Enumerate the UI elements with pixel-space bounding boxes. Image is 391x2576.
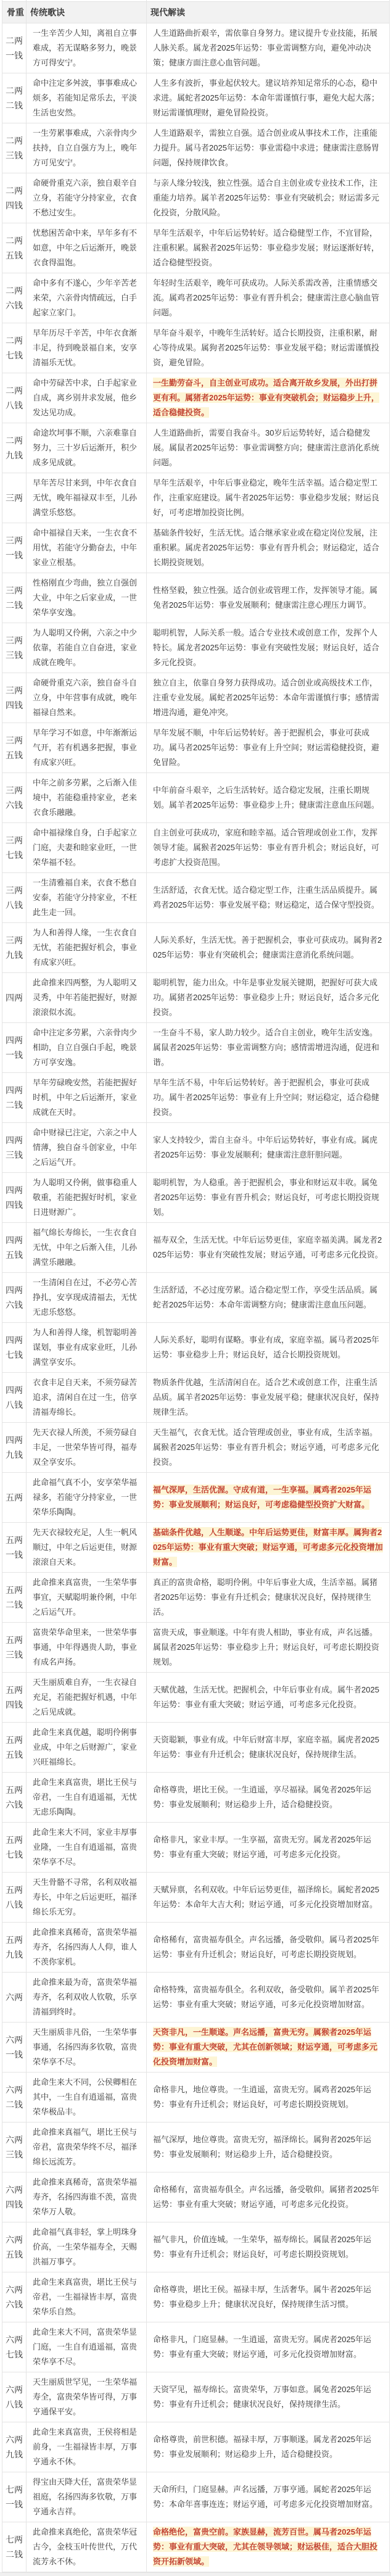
verse-cell: 先天衣禄较充足，人生一帆风顺过，中年之后运更佳，财源滚滚自天来。 [27, 1523, 147, 1573]
table-row: 七两二钱 此命推来真绝伦，富贵荣华冠古今，金枝玉叶传世代，万代流芳永不休。 命格… [2, 2522, 390, 2572]
modern-text: 命格特殊，富贵福寿俱全。名利双收，备受敬仰。属羊者2025年运势：事业有重大突破… [153, 1985, 379, 2009]
table-row: 四两九钱 先天衣禄人所羡，不须劳碌自丰足，一世荣华皆可得，福寿双全享安乐。 天生… [2, 1423, 390, 1473]
table-row: 六两五钱 此命福气真非轻，掌上明珠身价高，一生荣华福寿全，天赐洪福万事亨。 福气… [2, 2222, 390, 2272]
verse-cell: 此命推来真稀奇，富贵荣华福寿齐，名扬四海人人仰，谁人不羡你家机。 [27, 1923, 147, 1973]
modern-cell: 福气深厚，地位尊贵。富贵无穷，福泽绵长。属狗者2025年运势：事业发展顺利；财运… [147, 2123, 390, 2172]
verse-cell: 命中多有不遂心，少年辛苦老来荣，六亲骨肉情疏远，白手起家立家门。 [27, 273, 147, 323]
bone-weight-cell: 五两二钱 [2, 1573, 27, 1623]
modern-text: 命格稀有，富贵福寿俱全。声名远播，备受敬仰。属马者2025年运势：事业有升迁机会… [153, 1935, 379, 1959]
bone-weight-cell: 二两六钱 [2, 273, 27, 323]
bone-weight-cell: 六两九钱 [2, 2422, 27, 2472]
table-row: 二两七钱 早年历尽千辛苦，中年衣食渐丰足，待到晚景福自来，安享清福乐无忧。 早年… [2, 323, 390, 373]
modern-cell: 命格稀有，富贵福寿俱全。声名远播，备受敬仰。属马者2025年运势：事业有升迁机会… [147, 1923, 390, 1973]
modern-cell: 聪明机智，为人稳重。善于把握机会，事业和财运双丰收。属兔者2025年运势：事业有… [147, 1173, 390, 1223]
modern-text: 天资聪颖，事业有成。中年后财富丰厚，家庭幸福。属虎者2025年运势：事业有升迁机… [153, 1735, 379, 1759]
modern-cell: 年轻时生活艰辛，晚年可获成功。人际关系需改善，注重情感交流。属鸡者2025年运势… [147, 273, 390, 323]
bone-weight-cell: 三两五钱 [2, 723, 27, 773]
table-row: 二两二钱 命中注定多舛波，事事难成心烦多，若能知足常乐去，平淡生活也安然。 人生… [2, 73, 390, 123]
bone-weight-cell: 二两五钱 [2, 223, 27, 273]
modern-text: 福气深厚，生活优渥。守成有道，一生享福。属鸡者2025年运势：事业发展顺利；财运… [153, 1485, 371, 1510]
table-row: 三两 早年苦尽甘来到，中年衣食自无忧，晚年福禄双丰至，儿孙满堂乐悠悠。 早年生活… [2, 473, 390, 523]
verse-cell: 得宝由天降大任，富贵荣华显祖庭，名扬四海多钦敬，万事亨通永吉祥。 [27, 2472, 147, 2522]
bone-weight-cell: 五两九钱 [2, 1923, 27, 1973]
modern-cell: 真正的富贵命格，聪明伶俐。中年后事业大成，生活幸福。属猪者2025年运势：事业有… [147, 1573, 390, 1623]
modern-text: 聪明机智，人际关系一般。适合专业技术或创意工作，发挥个人特长。属龙者2025年运… [153, 628, 379, 667]
modern-text: 物质条件优越，生活清闲自在。适合艺术或创意工作，注重生活品质。属羊者2025年运… [153, 1378, 379, 1417]
modern-cell: 人生多有波折，事业起伏较大。建议培养知足常乐的心态，稳中求进。属蛇者2025年运… [147, 73, 390, 123]
verse-cell: 一生清闲自在过，不必劳心苦挣扎，安享现成清福去，无忧无虑乐悠悠。 [27, 1273, 147, 1323]
modern-cell: 命格非凡，家业丰厚。一生享福，富贵无穷。属龙者2025年运势：事业有重大突破；财… [147, 1823, 390, 1873]
modern-cell: 天资非凡，一生顺遂。声名远播，富贵无穷。属猴者2025年运势：事业有重大突破，尤… [147, 2023, 390, 2073]
verse-cell: 先天衣禄人所羡，不须劳碌自丰足，一世荣华皆可得，福寿双全享安乐。 [27, 1423, 147, 1473]
bone-weight-cell: 四两四钱 [2, 1173, 27, 1223]
bone-weight-cell: 五两五钱 [2, 1723, 27, 1773]
bone-weight-cell: 三两三钱 [2, 623, 27, 673]
verse-cell: 早年学习不如意，中年渐渐运气开，若有机遇多把握，事业有成家兴旺。 [27, 723, 147, 773]
table-row: 四两七钱 为人和善得人缘，机智聪明善谋划，事业有成家业旺，儿孙满堂享安乐。 人际… [2, 1323, 390, 1373]
modern-text: 年轻时生活艰辛，晚年可获成功。人际关系需改善，注重情感交流。属鸡者2025年运势… [153, 278, 379, 317]
bone-weight-cell: 二两四钱 [2, 173, 27, 223]
bone-weight-cell: 五两四钱 [2, 1673, 27, 1723]
bone-weight-cell: 二两一钱 [2, 23, 27, 73]
verse-cell: 天生丽质世罕见，一生荣华福寿全，富贵荣华皆可得，万事亨通保平安。 [27, 2372, 147, 2422]
table-row: 五两七钱 此命生来大不同，家业丰厚事业隆，一生自有逍遥福，富贵荣华享不尽。 命格… [2, 1823, 390, 1873]
modern-text: 天赋异禀，名利双收。中年后运势更佳，福泽绵长。属蛇者2025年运势：本命年大吉大… [153, 1885, 379, 1909]
modern-cell: 人生道路曲折艰辛，需依靠自身努力。建议提升专业技能，拓展人脉关系。属龙者2025… [147, 23, 390, 73]
column-header-verse: 传统歌诀 [27, 2, 147, 23]
table-row: 五两六钱 此命生来真富贵，堪比王侯与帝君，一生自有逍遥福，无忧无虑乐陶陶。 命格… [2, 1773, 390, 1823]
table-row: 三两八钱 一生清雅福自来，衣食不愁自安泰，若能守分持家业，不枉此生走一回。 生活… [2, 873, 390, 923]
modern-cell: 富贵天成，事业顺遂。中年有贵人相助，事业有成，声名远播。属鼠者2025年运势：事… [147, 1623, 390, 1673]
bone-weight-cell: 六两四钱 [2, 2172, 27, 2222]
verse-cell: 命硬骨重克六亲，独自艰辛自立身，若能守分持家业，衣食不愁过安生。 [27, 173, 147, 223]
bone-weight-cell: 四两二钱 [2, 1073, 27, 1123]
modern-cell: 基础条件优越，人生顺遂。中年后运势更佳，财富丰厚。属狗者2025年运势：事业有重… [147, 1523, 390, 1573]
modern-text: 与亲人缘分较浅，独立性强。适合自主创业或专业技术工作，注重能力培养。属羊者202… [153, 178, 379, 217]
verse-cell: 富贵荣华命里来，一世荣华事事通，中年得遇贵人助，事业有成名声扬。 [27, 1623, 147, 1673]
modern-cell: 生活舒适，衣食无忧。适合稳定型工作，注重生活品质提升。属鸡者2025年运势：事业… [147, 873, 390, 923]
bone-weight-page: 骨重 传统歌诀 现代解读 二两一钱 一生辛苦少人知，离祖自立事难成，若无谋略多努… [0, 0, 391, 2572]
bone-weight-cell: 三两二钱 [2, 573, 27, 623]
modern-text: 命格尊贵，堪比王侯。一生逍遥，享尽福禄。属兔者2025年运势：事业发展顺利；财运… [153, 1785, 371, 1809]
table-row: 七两一钱 得宝由天降大任，富贵荣华显祖庭，名扬四海多钦敬，万事亨通永吉祥。 天命… [2, 2472, 390, 2522]
modern-text: 一生奋斗不易，家人助力较少。适合自主创业，晚年生活安逸。属鼠者2025年运势：事… [153, 1028, 379, 1067]
bone-weight-cell: 二两二钱 [2, 73, 27, 123]
modern-text: 人生道路艰辛，需独立自强。适合创业或从事技术工作，注重能力提升。属马者2025年… [153, 128, 379, 167]
bone-weight-cell: 七两二钱 [2, 2522, 27, 2572]
verse-cell: 早年劳碌晚安然，若能把握好时机，中年之后运渐开，家业成就在天时。 [27, 1073, 147, 1123]
modern-cell: 一生奋斗不易，家人助力较少。适合自主创业，晚年生活安逸。属鼠者2025年运势：事… [147, 1023, 390, 1073]
verse-cell: 命中劳碌苦中求，白手起家业自成，离乡别井求发展，他乡发达见功成。 [27, 373, 147, 423]
table-row: 四两三钱 命中财禄已注定，六亲之中人情薄，独自奋斗创家业，中年之后运气开。 家人… [2, 1123, 390, 1173]
bone-weight-cell: 三两九钱 [2, 923, 27, 973]
verse-cell: 此命推来真稀奇，富贵荣华福寿齐，名扬四海谁不羡，富贵荣华万人敬。 [27, 2172, 147, 2222]
table-row: 四两八钱 衣食丰足自天来，不须劳碌苦追求，清闲自在过一生，倍享清福寿绵长。 物质… [2, 1373, 390, 1423]
bone-weight-table: 骨重 传统歌诀 现代解读 二两一钱 一生辛苦少人知，离祖自立事难成，若无谋略多努… [2, 0, 390, 2572]
verse-cell: 此命生来大不同，富贵荣华显门庭，一生自有逍遥福，富贵荣华享不尽。 [27, 2322, 147, 2372]
modern-cell: 人际关系好，聪明有谋略。事业有成，家庭幸福。属马者2025年运势：事业稳步上升；… [147, 1323, 390, 1373]
bone-weight-cell: 三两四钱 [2, 673, 27, 723]
modern-text: 早年发展不顺，中年后运势转好。善于把握机会，事业可获成功。属马者2025年运势：… [153, 728, 379, 767]
verse-cell: 命中注定多舛波，事事难成心烦多，若能知足常乐去，平淡生活也安然。 [27, 73, 147, 123]
modern-cell: 天命所归，门庭显赫。声名远播，万事亨通。属蛇者2025年运势：本命年喜事连连；财… [147, 2472, 390, 2522]
modern-cell: 命格非凡，地位尊贵。一生逍遥，富贵无穷。属鸡者2025年运势：事业有升迁机会；财… [147, 2073, 390, 2123]
verse-cell: 命中福禄缘自身，白手起家立门庭，夫妻和睦家业旺，一世荣华福不轻。 [27, 823, 147, 873]
verse-cell: 一生劳累事难成，六亲骨肉少扶持，自立自强方为上，晚年方可见安宁。 [27, 123, 147, 173]
modern-cell: 家人支持较少，需自主奋斗。中年后运势转好，事业有成。属虎者2025年运势：事业发… [147, 1123, 390, 1173]
modern-cell: 聪明机智，人际关系一般。适合专业技术或创意工作，发挥个人特长。属龙者2025年运… [147, 623, 390, 673]
modern-cell: 早年生活不易，中年后运势转好。善于把握机会，事业可获成功。属牛者2025年运势：… [147, 1073, 390, 1123]
modern-cell: 基础条件较好，生活无忧。适合继承家业或在稳定岗位发展，注重积累。属虎者2025年… [147, 523, 390, 573]
bone-weight-cell: 六两八钱 [2, 2372, 27, 2422]
bone-weight-cell: 三两 [2, 473, 27, 523]
bone-weight-cell: 四两一钱 [2, 1023, 27, 1073]
bone-weight-cell: 二两九钱 [2, 423, 27, 473]
table-header: 骨重 传统歌诀 现代解读 [2, 0, 390, 23]
bone-weight-cell: 四两六钱 [2, 1273, 27, 1323]
table-row: 二两九钱 命途坎坷事不顺，六亲难靠自努力，三十岁后运渐开，积少成多见成就。 人生… [2, 423, 390, 473]
modern-text: 真正的富贵命格，聪明伶俐。中年后事业大成，生活幸福。属猪者2025年运势：事业有… [153, 1578, 377, 1617]
table-row: 三两四钱 命硬骨重克六亲，独自奋斗自立身，中年营事有成就，晚年福禄自然来。 独立… [2, 673, 390, 723]
bone-weight-cell: 五两八钱 [2, 1873, 27, 1923]
table-row: 三两二钱 性格刚直少弯曲，独立自强创大业，中年之后家业成，一世荣华享安逸。 性格… [2, 573, 390, 623]
modern-text: 福气非凡，价值连城。一生荣华，福寿绵长。属鼠者2025年运势：事业有升迁机会；财… [153, 2235, 371, 2259]
modern-text: 富贵天成，事业顺遂。中年有贵人相助，事业有成，声名远播。属鼠者2025年运势：事… [153, 1628, 379, 1667]
modern-cell: 早年发展不顺，中年后运势转好。善于把握机会，事业可获成功。属马者2025年运势：… [147, 723, 390, 773]
modern-text: 人际关系好，生活无忧。善于把握机会，事业可获成功。属狗者2025年运势：事业有突… [153, 935, 382, 959]
verse-cell: 为人和善得人缘，一生衣食自无忧，若能把握好机会，事业有成家兴旺。 [27, 923, 147, 973]
modern-text: 人生道路曲折艰辛，需依靠自身努力。建议提升专业技能，拓展人脉关系。属龙者2025… [153, 28, 377, 67]
column-header-weight: 骨重 [2, 2, 27, 23]
modern-cell: 与亲人缘分较浅，独立性强。适合自主创业或专业技术工作，注重能力培养。属羊者202… [147, 173, 390, 223]
verse-cell: 为人聪明又伶俐，六亲之中少依靠，若能自立自奋进，家业成就在晚年。 [27, 623, 147, 673]
modern-cell: 天资聪颖，事业有成。中年后财富丰厚，家庭幸福。属虎者2025年运势：事业有升迁机… [147, 1723, 390, 1773]
modern-cell: 福气非凡，价值连城。一生荣华，福寿绵长。属鼠者2025年运势：事业有升迁机会；财… [147, 2222, 390, 2272]
modern-text: 性格坚毅，独立性强。适合创业或管理工作，发挥领导才能。属兔者2025年运势：事业… [153, 586, 377, 610]
modern-cell: 物质条件优越，生活清闲自在。适合艺术或创意工作，注重生活品质。属羊者2025年运… [147, 1373, 390, 1423]
modern-cell: 自主创业可获成功，家庭和睦幸福。适合管理或创业工作，发挥领导才能。属猴者2025… [147, 823, 390, 873]
bone-weight-cell: 六两一钱 [2, 2023, 27, 2073]
table-row: 六两一钱 天生丽质非凡俗，一生荣华事事通，名扬四海多钦敬，富贵荣华享不尽。 天资… [2, 2023, 390, 2073]
table-row: 六两 此命推来最为奇，富贵荣华福寿齐，名利双收人钦敬，乐享清福到终时。 命格特殊… [2, 1973, 390, 2023]
verse-cell: 福气绵长寿绵长，一生衣食自无忧，中年之后渐入佳，儿孙满堂乐融融。 [27, 1223, 147, 1273]
modern-cell: 命格尊贵，堪比王侯。福禄丰厚，生活奢华。属牛者2025年运势：事业稳步上升；健康… [147, 2272, 390, 2322]
bone-weight-cell: 五两一钱 [2, 1523, 27, 1573]
bone-weight-cell: 六两六钱 [2, 2272, 27, 2322]
bottom-strip [0, 2572, 391, 2576]
table-row: 六两七钱 此命生来大不同，富贵荣华显门庭，一生自有逍遥福，富贵荣华享不尽。 命格… [2, 2322, 390, 2372]
modern-cell: 早年生活艰辛，中年后运势转好。适合稳健型工作，不宜冒险，注重积累。属猴者2025… [147, 223, 390, 273]
modern-cell: 一生勤劳奋斗，自主创业可成功。适合离开故乡发展，外出打拼更有利。属猪者2025年… [147, 373, 390, 423]
table-row: 三两六钱 中年之前多劳累，之后渐入佳境中，若能稳重持家业，老来衣食乐融融。 中年… [2, 773, 390, 823]
modern-text: 天赋优越，生活无忧。把握机会，中年后事业有成。属牛者2025年运势：事业有重大突… [153, 1685, 379, 1709]
verse-cell: 此命推来真绝伦，富贵荣华冠古今，金枝玉叶传世代，万代流芳永不休。 [27, 2522, 147, 2572]
table-row: 六两九钱 此命生来真富贵，王侯将相是前身，一生福禄皆丰厚，万事亨通永不休。 命格… [2, 2422, 390, 2472]
verse-cell: 此命生来真富贵，王侯将相是前身，一生福禄皆丰厚，万事亨通永不休。 [27, 2422, 147, 2472]
table-row: 六两三钱 此命推来真福气，堪比王侯与帝君，富贵荣华终不尽，福泽绵长远流芳。 福气… [2, 2123, 390, 2172]
bone-weight-cell: 二两八钱 [2, 373, 27, 423]
modern-text: 独立自主，依靠自身努力获得成功。适合创业或高级技术工作，注重专业发展。属蛇者20… [153, 678, 379, 717]
modern-cell: 福气深厚，生活优渥。守成有道，一生享福。属鸡者2025年运势：事业发展顺利；财运… [147, 1473, 390, 1523]
bone-weight-cell: 四两八钱 [2, 1373, 27, 1423]
bone-weight-cell: 五两六钱 [2, 1773, 27, 1823]
table-row: 二两一钱 一生辛苦少人知，离祖自立事难成，若无谋略多努力，晚景方可得安宁。 人生… [2, 23, 390, 73]
modern-text: 命格尊贵，前世积德。福禄丰厚，万事顺遂。属龙者2025年运势：事业发展顺利；财运… [153, 2435, 371, 2459]
bone-weight-cell: 四两七钱 [2, 1323, 27, 1373]
verse-cell: 一生清雅福自来，衣食不愁自安泰，若能守分持家业，不枉此生走一回。 [27, 873, 147, 923]
verse-cell: 此命推来四两整，为人聪明又灵秀，中年若能把握好，财源滚滚似水流。 [27, 973, 147, 1023]
modern-cell: 天资罕见，福寿绵长。富贵荣华，万事如意。属兔者2025年运势：事业有升迁机会；健… [147, 2372, 390, 2422]
verse-cell: 此命生来大不同，家业丰厚事业隆，一生自有逍遥福，富贵荣华享不尽。 [27, 1823, 147, 1873]
verse-cell: 命中福禄自天来，一生衣食不用忧，若能守分勤奋去，中年家业立根基。 [27, 523, 147, 573]
modern-text: 人生道路曲折，需要自我奋斗。30岁后运势转好，适合稳健发展。属鼠者2025年运势… [153, 428, 379, 467]
modern-text: 自主创业可获成功，家庭和睦幸福。适合管理或创业工作，发挥领导才能。属猴者2025… [153, 828, 379, 867]
verse-cell: 早年历尽千辛苦，中年衣食渐丰足，待到晚景福自来，安享清福乐无忧。 [27, 323, 147, 373]
bone-weight-cell: 六两七钱 [2, 2322, 27, 2372]
modern-text: 早年生活艰辛，中年后事业稳定，晚年生活幸福。适合稳定型工作，注重家庭建设。属牛者… [153, 478, 379, 517]
verse-cell: 命硬骨重克六亲，独自奋斗自立身，中年营事有成就，晚年福禄自然来。 [27, 673, 147, 723]
modern-text: 早年奋斗艰辛，中晚年生活转好。适合长期投资，注重积累，耐心等待成果。属狗者202… [153, 328, 379, 367]
verse-cell: 此命推来真富贵，一生荣华事事宜，天赋聪明兼伶俐，中年之后运气开。 [27, 1573, 147, 1623]
bone-weight-cell: 二两三钱 [2, 123, 27, 173]
bone-weight-cell: 五两三钱 [2, 1623, 27, 1673]
table-row: 四两二钱 早年劳碌晚安然，若能把握好时机，中年之后运渐开，家业成就在天时。 早年… [2, 1073, 390, 1123]
bone-weight-cell: 三两八钱 [2, 873, 27, 923]
modern-cell: 人生道路艰辛，需独立自强。适合创业或从事技术工作，注重能力提升。属马者2025年… [147, 123, 390, 173]
bone-weight-cell: 三两一钱 [2, 523, 27, 573]
table-row: 五两三钱 富贵荣华命里来，一世荣华事事通，中年得遇贵人助，事业有成名声扬。 富贵… [2, 1623, 390, 1673]
table-row: 三两九钱 为人和善得人缘，一生衣食自无忧，若能把握好机会，事业有成家兴旺。 人际… [2, 923, 390, 973]
modern-text: 生活舒适，衣食无忧。适合稳定型工作，注重生活品质提升。属鸡者2025年运势：事业… [153, 885, 379, 909]
verse-cell: 此命推来最为奇，富贵荣华福寿齐，名利双收人钦敬，乐享清福到终时。 [27, 1973, 147, 2023]
verse-cell: 为人和善得人缘，机智聪明善谋划，事业有成家业旺，儿孙满堂享安乐。 [27, 1323, 147, 1373]
table-body: 二两一钱 一生辛苦少人知，离祖自立事难成，若无谋略多努力，晚景方可得安宁。 人生… [2, 23, 390, 2572]
modern-text: 家人支持较少，需自主奋斗。中年后运势转好，事业有成。属虎者2025年运势：事业发… [153, 1135, 377, 1159]
verse-cell: 性格刚直少弯曲，独立自强创大业，中年之后家业成，一世荣华享安逸。 [27, 573, 147, 623]
modern-text: 人际关系好，聪明有谋略。事业有成，家庭幸福。属马者2025年运势：事业稳步上升；… [153, 1335, 379, 1359]
table-row: 五两四钱 天生丽质难自弃，一生衣禄自充足，若能把握好机遇，中年之后见成就。 天赋… [2, 1673, 390, 1723]
verse-cell: 此命推来真福气，堪比王侯与帝君，富贵荣华终不尽，福泽绵长远流芳。 [27, 2123, 147, 2172]
verse-cell: 衣食丰足自天来，不须劳碌苦追求，清闲自在过一生，倍享清福寿绵长。 [27, 1373, 147, 1423]
modern-text: 基础条件较好，生活无忧。适合继承家业或在稳定岗位发展，注重积累。属虎者2025年… [153, 528, 379, 567]
table-row: 二两三钱 一生劳累事难成，六亲骨肉少扶持，自立自强方为上，晚年方可见安宁。 人生… [2, 123, 390, 173]
modern-text: 人生多有波折，事业起伏较大。建议培养知足常乐的心态，稳中求进。属蛇者2025年运… [153, 78, 379, 117]
modern-cell: 人生道路曲折，需要自我奋斗。30岁后运势转好，适合稳健发展。属鼠者2025年运势… [147, 423, 390, 473]
modern-cell: 独立自主，依靠自身努力获得成功。适合创业或高级技术工作，注重专业发展。属蛇者20… [147, 673, 390, 723]
verse-cell: 此命生来真优越，聪明伶俐事业成，中年之后财源广，家业兴旺福绵长。 [27, 1723, 147, 1773]
bone-weight-cell: 六两 [2, 1973, 27, 2023]
table-row: 三两一钱 命中福禄自天来，一生衣食不用忧，若能守分勤奋去，中年家业立根基。 基础… [2, 523, 390, 573]
modern-cell: 聪明机智，能力出众。中年是事业发展关键期，把握好可获大成功。属猪者2025年运势… [147, 973, 390, 1023]
table-row: 五两五钱 此命生来真优越，聪明伶俐事业成，中年之后财源广，家业兴旺福绵长。 天资… [2, 1723, 390, 1773]
bone-weight-cell: 三两六钱 [2, 773, 27, 823]
bone-weight-cell: 七两一钱 [2, 2472, 27, 2522]
table-row: 六两六钱 此命生来真富贵，堪比王侯与帝君，一生福禄皆丰厚，富贵荣华乐自然。 命格… [2, 2272, 390, 2322]
table-row: 四两 此命推来四两整，为人聪明又灵秀，中年若能把握好，财源滚滚似水流。 聪明机智… [2, 973, 390, 1023]
modern-cell: 人际关系好，生活无忧。善于把握机会，事业可获成功。属狗者2025年运势：事业有突… [147, 923, 390, 973]
modern-text: 命格尊贵，堪比王侯。福禄丰厚，生活奢华。属牛者2025年运势：事业稳步上升；健康… [153, 2285, 371, 2309]
modern-cell: 命格尊贵，前世积德。福禄丰厚，万事顺遂。属龙者2025年运势：事业发展顺利；财运… [147, 2422, 390, 2472]
bone-weight-cell: 六两三钱 [2, 2123, 27, 2172]
modern-text: 早年生活艰辛，中年后运势转好。适合稳健型工作，不宜冒险，注重积累。属猴者2025… [153, 228, 379, 267]
table-row: 二两六钱 命中多有不遂心，少年辛苦老来荣，六亲骨肉情疏远，白手起家立家门。 年轻… [2, 273, 390, 323]
modern-cell: 命格绝伦，富贵空前。家族显赫，流芳百世。属马者2025年运势：事业有重大突破，尤… [147, 2522, 390, 2572]
verse-cell: 天生骨骼不寻常，名利双收福寿长，中年之后运更旺，福泽绵长乐无穷。 [27, 1873, 147, 1923]
modern-cell: 天赋异禀，名利双收。中年后运势更佳，福泽绵长。属蛇者2025年运势：本命年大吉大… [147, 1873, 390, 1923]
verse-cell: 命途坎坷事不顺，六亲难靠自努力，三十岁后运渐开，积少成多见成就。 [27, 423, 147, 473]
bone-weight-cell: 五两 [2, 1473, 27, 1523]
modern-text: 基础条件优越，人生顺遂。中年后运势更佳，财富丰厚。属狗者2025年运势：事业有重… [153, 1527, 383, 1567]
verse-cell: 此命生来真富贵，堪比王侯与帝君，一生自有逍遥福，无忧无虑乐陶陶。 [27, 1773, 147, 1823]
modern-text: 命格非凡，地位尊贵。一生逍遥，富贵无穷。属鸡者2025年运势：事业有升迁机会；财… [153, 2085, 371, 2109]
bone-weight-cell: 四两五钱 [2, 1223, 27, 1273]
bone-weight-cell: 二两七钱 [2, 323, 27, 373]
modern-text: 早年生活不易，中年后运势转好。善于把握机会，事业可获成功。属牛者2025年运势：… [153, 1078, 379, 1117]
table-row: 三两五钱 早年学习不如意，中年渐渐运气开，若有机遇多把握，事业有成家兴旺。 早年… [2, 723, 390, 773]
column-header-modern: 现代解读 [147, 2, 390, 23]
modern-text: 命格非凡，家业丰厚。一生享福，富贵无穷。属龙者2025年运势：事业有重大突破；财… [153, 1835, 371, 1859]
table-row: 三两七钱 命中福禄缘自身，白手起家立门庭，夫妻和睦家业旺，一世荣华福不轻。 自主… [2, 823, 390, 873]
modern-text: 命格非凡，门庭显赫。一生逍遥，富贵无穷。属虎者2025年运势：事业有重大突破；财… [153, 2335, 371, 2359]
modern-text: 中年前奋斗艰辛，之后生活转好。适合稳定发展，注重长期规划。属羊者2025年运势：… [153, 785, 379, 810]
modern-cell: 命格特殊，富贵福寿俱全。名利双收，备受敬仰。属羊者2025年运势：事业有重大突破… [147, 1973, 390, 2023]
table-row: 四两五钱 福气绵长寿绵长，一生衣食自无忧，中年之后渐入佳，儿孙满堂乐融融。 福寿… [2, 1223, 390, 1273]
table-row: 二两四钱 命硬骨重克六亲，独自艰辛自立身，若能守分持家业，衣食不愁过安生。 与亲… [2, 173, 390, 223]
modern-text: 命格稀有，富贵福寿俱全。声名远播，备受敬仰。属猪者2025年运势：事业有重大突破… [153, 2185, 379, 2209]
modern-cell: 天赋优越，生活无忧。把握机会，中年后事业有成。属牛者2025年运势：事业有重大突… [147, 1673, 390, 1723]
bone-weight-cell: 三两七钱 [2, 823, 27, 873]
verse-cell: 此命生来大不同，公侯卿相在其中，一生自有逍遥福，富贵荣华极品丰。 [27, 2073, 147, 2123]
verse-cell: 命中注定多劳累，六亲骨肉少相助，自立自强白手起，晚景方可享安逸。 [27, 1023, 147, 1073]
bone-weight-cell: 六两二钱 [2, 2073, 27, 2123]
modern-text: 天命所归，门庭显赫。声名远播，万事亨通。属蛇者2025年运势：本命年喜事连连；财… [153, 2485, 377, 2509]
modern-text: 命格绝伦，富贵空前。家族显赫，流芳百世。属马者2025年运势：事业有重大突破，尤… [153, 2527, 377, 2567]
bone-weight-cell: 四两 [2, 973, 27, 1023]
table-row: 四两六钱 一生清闲自在过，不必劳心苦挣扎，安享现成清福去，无忧无虑乐悠悠。 生活… [2, 1273, 390, 1323]
verse-cell: 忧愁困苦命中来，早年多有不如意，中年之后运渐开，晚景衣食得温饱。 [27, 223, 147, 273]
modern-text: 福气深厚，地位尊贵。富贵无穷，福泽绵长。属狗者2025年运势：事业发展顺利；财运… [153, 2135, 371, 2159]
table-row: 五两一钱 先天衣禄较充足，人生一帆风顺过，中年之后运更佳，财源滚滚自天来。 基础… [2, 1523, 390, 1573]
modern-text: 天资罕见，福寿绵长。富贵荣华，万事如意。属兔者2025年运势：事业有升迁机会；健… [153, 2385, 371, 2409]
verse-cell: 早年苦尽甘来到，中年衣食自无忧，晚年福禄双丰至，儿孙满堂乐悠悠。 [27, 473, 147, 523]
table-row: 六两二钱 此命生来大不同，公侯卿相在其中，一生自有逍遥福，富贵荣华极品丰。 命格… [2, 2073, 390, 2123]
modern-text: 福寿双全，生活无忧。中年后运势更佳，家庭幸福美满。属龙者2025年运势：事业有突… [153, 1235, 383, 1259]
verse-cell: 命中财禄已注定，六亲之中人情薄，独自奋斗创家业，中年之后运气开。 [27, 1123, 147, 1173]
table-row: 四两一钱 命中注定多劳累，六亲骨肉少相助，自立自强白手起，晚景方可享安逸。 一生… [2, 1023, 390, 1073]
verse-cell: 天生丽质难自弃，一生衣禄自充足，若能把握好机遇，中年之后见成就。 [27, 1673, 147, 1723]
bone-weight-cell: 四两九钱 [2, 1423, 27, 1473]
bone-weight-cell: 四两三钱 [2, 1123, 27, 1173]
verse-cell: 一生辛苦少人知，离祖自立事难成，若无谋略多努力，晚景方可得安宁。 [27, 23, 147, 73]
table-row: 三两三钱 为人聪明又伶俐，六亲之中少依靠，若能自立自奋进，家业成就在晚年。 聪明… [2, 623, 390, 673]
modern-cell: 命格尊贵，堪比王侯。一生逍遥，享尽福禄。属兔者2025年运势：事业发展顺利；财运… [147, 1773, 390, 1823]
bone-weight-cell: 五两七钱 [2, 1823, 27, 1873]
modern-text: 生活舒适，不必过度劳累。适合稳定型工作，享受生活品质。属蛇者2025年运势：本命… [153, 1285, 377, 1309]
table-row: 六两四钱 此命推来真稀奇，富贵荣华福寿齐，名扬四海谁不羡，富贵荣华万人敬。 命格… [2, 2172, 390, 2222]
verse-cell: 此命生来真富贵，堪比王侯与帝君，一生福禄皆丰厚，富贵荣华乐自然。 [27, 2272, 147, 2322]
verse-cell: 此命福气真非轻，掌上明珠身价高，一生荣华福寿全，天赐洪福万事亨。 [27, 2222, 147, 2272]
header-row: 骨重 传统歌诀 现代解读 [2, 2, 390, 23]
modern-cell: 命格稀有，富贵福寿俱全。声名远播，备受敬仰。属猪者2025年运势：事业有重大突破… [147, 2172, 390, 2222]
modern-cell: 生活舒适，不必过度劳累。适合稳定型工作，享受生活品质。属蛇者2025年运势：本命… [147, 1273, 390, 1323]
table-row: 五两九钱 此命推来真稀奇，富贵荣华福寿齐，名扬四海人人仰，谁人不羡你家机。 命格… [2, 1923, 390, 1973]
table-row: 五两二钱 此命推来真富贵，一生荣华事事宜，天赋聪明兼伶俐，中年之后运气开。 真正… [2, 1573, 390, 1623]
verse-cell: 此命福气真不小，安享荣华福禄多，若能守分持家业，一世荣华乐陶陶。 [27, 1473, 147, 1523]
modern-cell: 命格非凡，门庭显赫。一生逍遥，富贵无穷。属虎者2025年运势：事业有重大突破；财… [147, 2322, 390, 2372]
modern-text: 一生勤劳奋斗，自主创业可成功。适合离开故乡发展，外出打拼更有利。属猪者2025年… [153, 378, 379, 418]
table-row: 六两八钱 天生丽质世罕见，一生荣华福寿全，富贵荣华皆可得，万事亨通保平安。 天资… [2, 2372, 390, 2422]
modern-text: 聪明机智，能力出众。中年是事业发展关键期，把握好可获大成功。属猪者2025年运势… [153, 978, 379, 1017]
modern-text: 聪明机智，为人稳重。善于把握机会，事业和财运双丰收。属兔者2025年运势：事业有… [153, 1178, 379, 1217]
modern-text: 天资非凡，一生顺遂。声名远播，富贵无穷。属猴者2025年运势：事业有重大突破，尤… [153, 2027, 377, 2067]
table-row: 五两八钱 天生骨骼不寻常，名利双收福寿长，中年之后运更旺，福泽绵长乐无穷。 天赋… [2, 1873, 390, 1923]
modern-cell: 早年生活艰辛，中年后事业稳定，晚年生活幸福。适合稳定型工作，注重家庭建设。属牛者… [147, 473, 390, 523]
table-row: 四两四钱 为人聪明又伶俐，做事稳重人敬重，若能把握好时机，家业日进财源广。 聪明… [2, 1173, 390, 1223]
table-row: 二两八钱 命中劳碌苦中求，白手起家业自成，离乡别井求发展，他乡发达见功成。 一生… [2, 373, 390, 423]
bone-weight-cell: 六两五钱 [2, 2222, 27, 2272]
modern-cell: 天生福气，衣食无忧。适合管理或创业，事业有成，生活幸福。属猴者2025年运势：事… [147, 1423, 390, 1473]
table-row: 二两五钱 忧愁困苦命中来，早年多有不如意，中年之后运渐开，晚景衣食得温饱。 早年… [2, 223, 390, 273]
verse-cell: 为人聪明又伶俐，做事稳重人敬重，若能把握好时机，家业日进财源广。 [27, 1173, 147, 1223]
modern-cell: 中年前奋斗艰辛，之后生活转好。适合稳定发展，注重长期规划。属羊者2025年运势：… [147, 773, 390, 823]
modern-cell: 早年奋斗艰辛，中晚年生活转好。适合长期投资，注重积累，耐心等待成果。属狗者202… [147, 323, 390, 373]
modern-cell: 性格坚毅，独立性强。适合创业或管理工作，发挥领导才能。属兔者2025年运势：事业… [147, 573, 390, 623]
modern-text: 天生福气，衣食无忧。适合管理或创业，事业有成，生活幸福。属猴者2025年运势：事… [153, 1428, 379, 1467]
verse-cell: 中年之前多劳累，之后渐入佳境中，若能稳重持家业，老来衣食乐融融。 [27, 773, 147, 823]
table-row: 五两 此命福气真不小，安享荣华福禄多，若能守分持家业，一世荣华乐陶陶。 福气深厚… [2, 1473, 390, 1523]
modern-cell: 福寿双全，生活无忧。中年后运势更佳，家庭幸福美满。属龙者2025年运势：事业有突… [147, 1223, 390, 1273]
verse-cell: 天生丽质非凡俗，一生荣华事事通，名扬四海多钦敬，富贵荣华享不尽。 [27, 2023, 147, 2073]
